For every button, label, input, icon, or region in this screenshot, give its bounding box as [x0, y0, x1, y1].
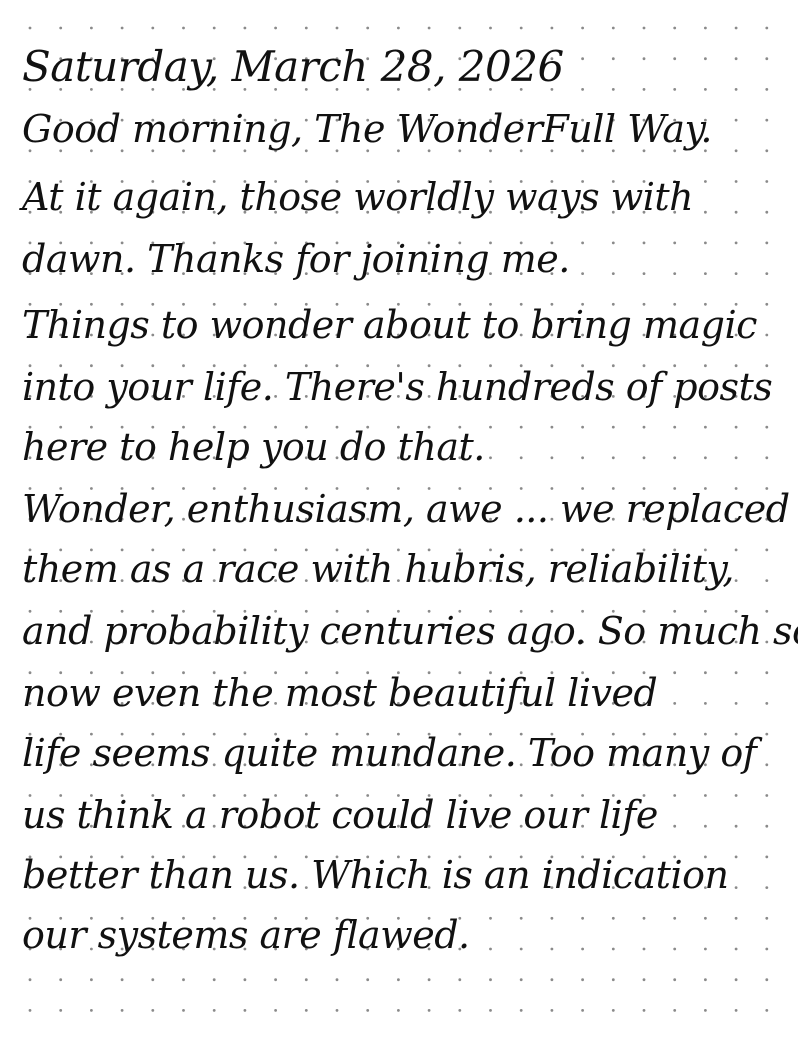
text-line: our systems are flawed. — [22, 916, 470, 954]
entry-date: Saturday, March 28, 2026 — [22, 46, 564, 88]
text-line: life seems quite mundane. Too many of — [22, 734, 756, 772]
text-line: them as a race with hubris, reliability, — [22, 550, 734, 588]
text-line: At it again, those worldly ways with — [22, 178, 693, 216]
text-line: here to help you do that. — [22, 428, 485, 466]
handwritten-text: Saturday, March 28, 2026 Good morning, T… — [0, 0, 798, 1048]
text-line: us think a robot could live our life — [22, 796, 658, 834]
journal-page: Saturday, March 28, 2026 Good morning, T… — [0, 0, 798, 1048]
text-line: dawn. Thanks for joining me. — [22, 240, 570, 278]
text-line: now even the most beautiful lived — [22, 674, 657, 712]
text-line: and probability centuries ago. So much s… — [22, 612, 798, 650]
text-line: Good morning, The WonderFull Way. — [22, 110, 712, 148]
text-line: Wonder, enthusiasm, awe ... we replaced — [22, 490, 790, 528]
text-line: into your life. There's hundreds of post… — [22, 368, 772, 406]
text-line: Things to wonder about to bring magic — [22, 306, 757, 344]
text-line: better than us. Which is an indication — [22, 856, 728, 894]
